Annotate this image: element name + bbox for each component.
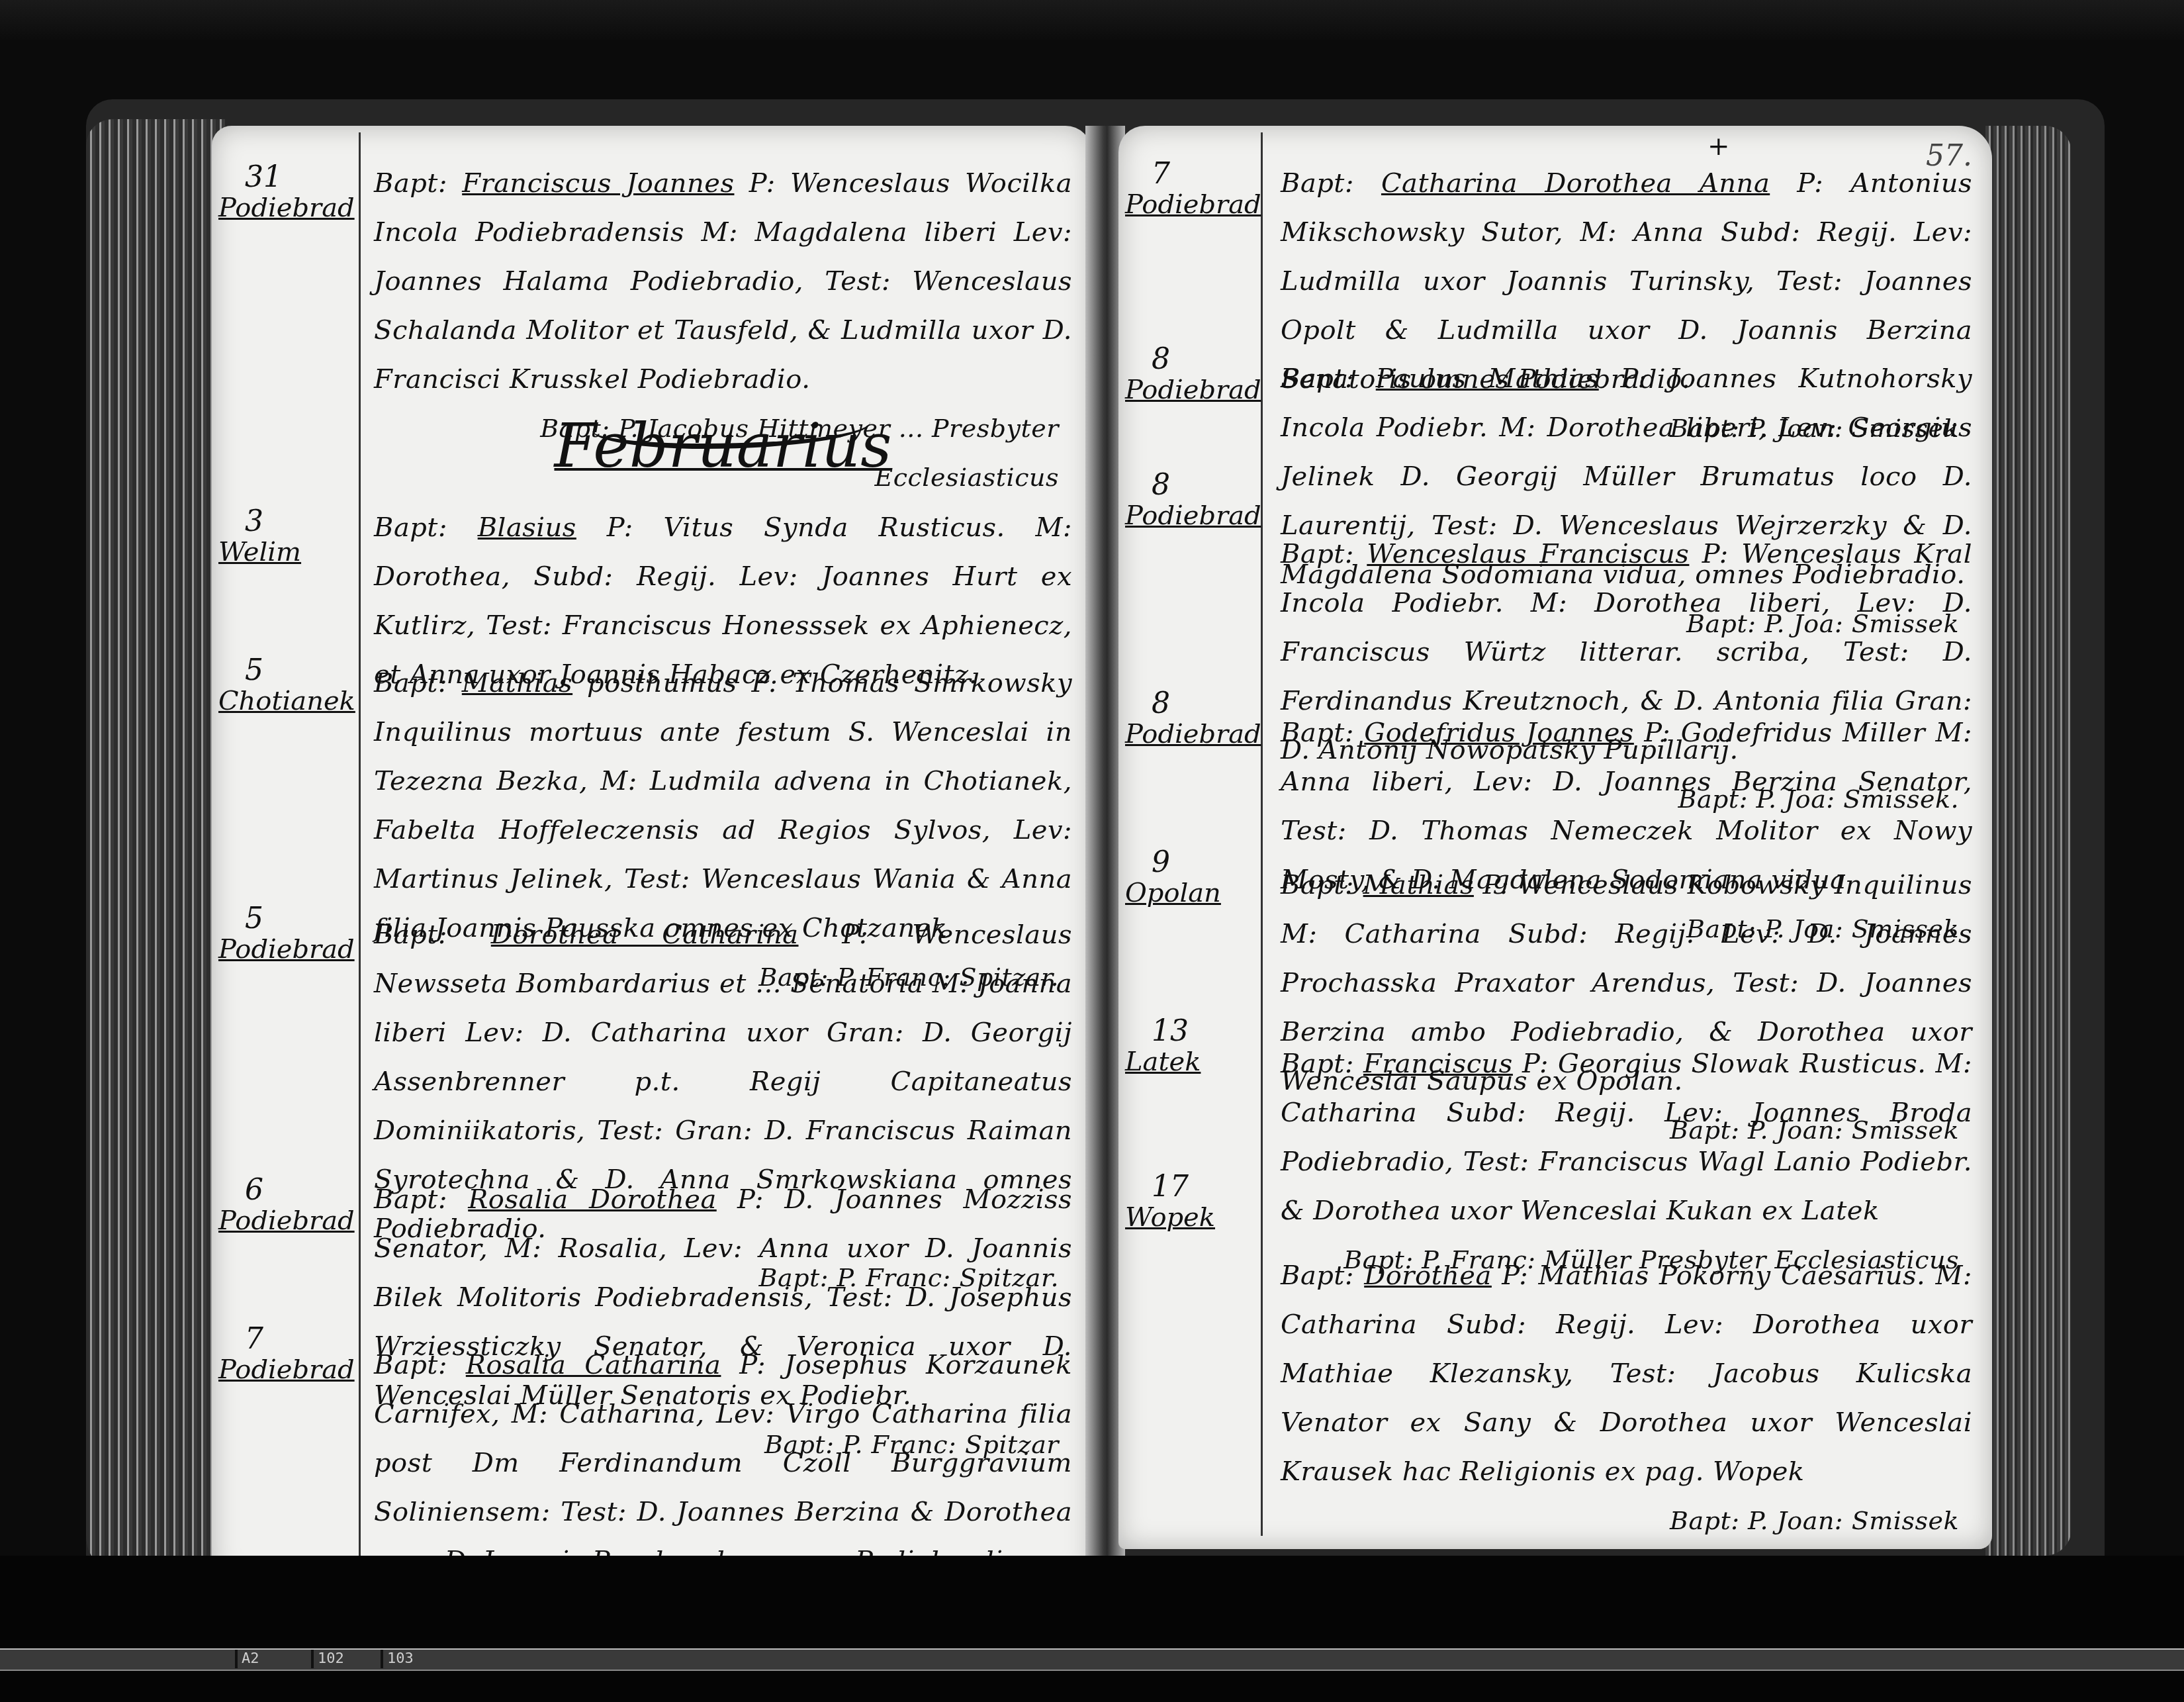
margin-date-place: 9 Opolan — [1125, 847, 1264, 908]
child-name: Rosalia Dorothea — [468, 1184, 717, 1215]
film-top-border — [0, 0, 2184, 40]
film-frame-mark: A2 — [235, 1650, 259, 1668]
film-frame-mark: 103 — [381, 1650, 414, 1668]
right-page-edges — [1985, 126, 2071, 1556]
baptism-entry: Bapt: Franciscus P: Georgius Slowak Rust… — [1281, 1039, 1972, 1284]
margin-date-place: 5 Chotianek — [218, 655, 357, 716]
child-name: Wenceslaus Franciscus — [1367, 539, 1689, 569]
margin-date-place: 17 Wopek — [1125, 1172, 1264, 1233]
film-bottom-band — [0, 1556, 2184, 1702]
entry-text: Bapt: Rosalia Catharina P: Josephus Korz… — [374, 1341, 1072, 1585]
entry-text: Bapt: Franciscus P: Georgius Slowak Rust… — [1281, 1039, 1972, 1235]
left-page-edges — [86, 119, 225, 1576]
entry-text: Bapt: Dorothea P: Mathias Pokorny Caesar… — [1281, 1251, 1972, 1496]
entry-text: Bapt: Mathias posthumus P: Thomas Smrkow… — [374, 659, 1072, 953]
margin-date-place: 8 Podiebrad — [1125, 688, 1264, 749]
margin-date-place: 8 Podiebrad — [1125, 470, 1264, 531]
margin-date-place: 5 Podiebrad — [218, 904, 357, 965]
margin-date-place: 6 Podiebrad — [218, 1175, 357, 1236]
margin-date-place: 3 Welim — [218, 506, 357, 567]
margin-date-place: 8 Podiebrad — [1125, 344, 1264, 405]
baptizing-priest: Bapt: P. Joan: Smissek — [1281, 1496, 1972, 1545]
left-page: 31 Podiebrad 3 Welim 5 Chotianek 5 Podie… — [212, 126, 1092, 1582]
child-name: Franciscus Joannes — [462, 168, 734, 199]
cross-mark-icon: + — [1707, 131, 1730, 162]
child-name: Rosalia Catharina — [466, 1350, 721, 1380]
child-name: Mathias — [462, 668, 572, 698]
margin-date-place: 7 Podiebrad — [218, 1324, 357, 1385]
baptism-entry: Bapt: Dorothea P: Mathias Pokorny Caesar… — [1281, 1251, 1972, 1545]
child-name: Godefridus Joannes — [1364, 718, 1634, 748]
child-name: Blasius — [478, 512, 576, 543]
film-frame-mark: 102 — [311, 1650, 344, 1668]
child-name: Paulus Mathias — [1376, 363, 1599, 394]
margin-rule — [1261, 132, 1263, 1536]
margin-date-place: 7 Podiebrad — [1125, 159, 1264, 220]
month-heading: Februarius — [374, 410, 1072, 481]
margin-date-place: 31 Podiebrad — [218, 162, 357, 223]
margin-rule — [359, 132, 361, 1569]
child-name: Dorothea Catharina — [491, 920, 799, 950]
child-name: Catharina Dorothea Anna — [1381, 168, 1770, 199]
child-name: Franciscus — [1363, 1049, 1513, 1079]
right-page: 57. + 7 Podiebrad 8 Podiebrad 8 Podiebra… — [1118, 126, 1992, 1549]
child-name: Dorothea — [1364, 1260, 1492, 1291]
child-name: Mathias — [1363, 870, 1474, 900]
margin-date-place: 13 Latek — [1125, 1016, 1264, 1077]
entry-text: Bapt: Franciscus Joannes P: Wenceslaus W… — [374, 159, 1072, 404]
